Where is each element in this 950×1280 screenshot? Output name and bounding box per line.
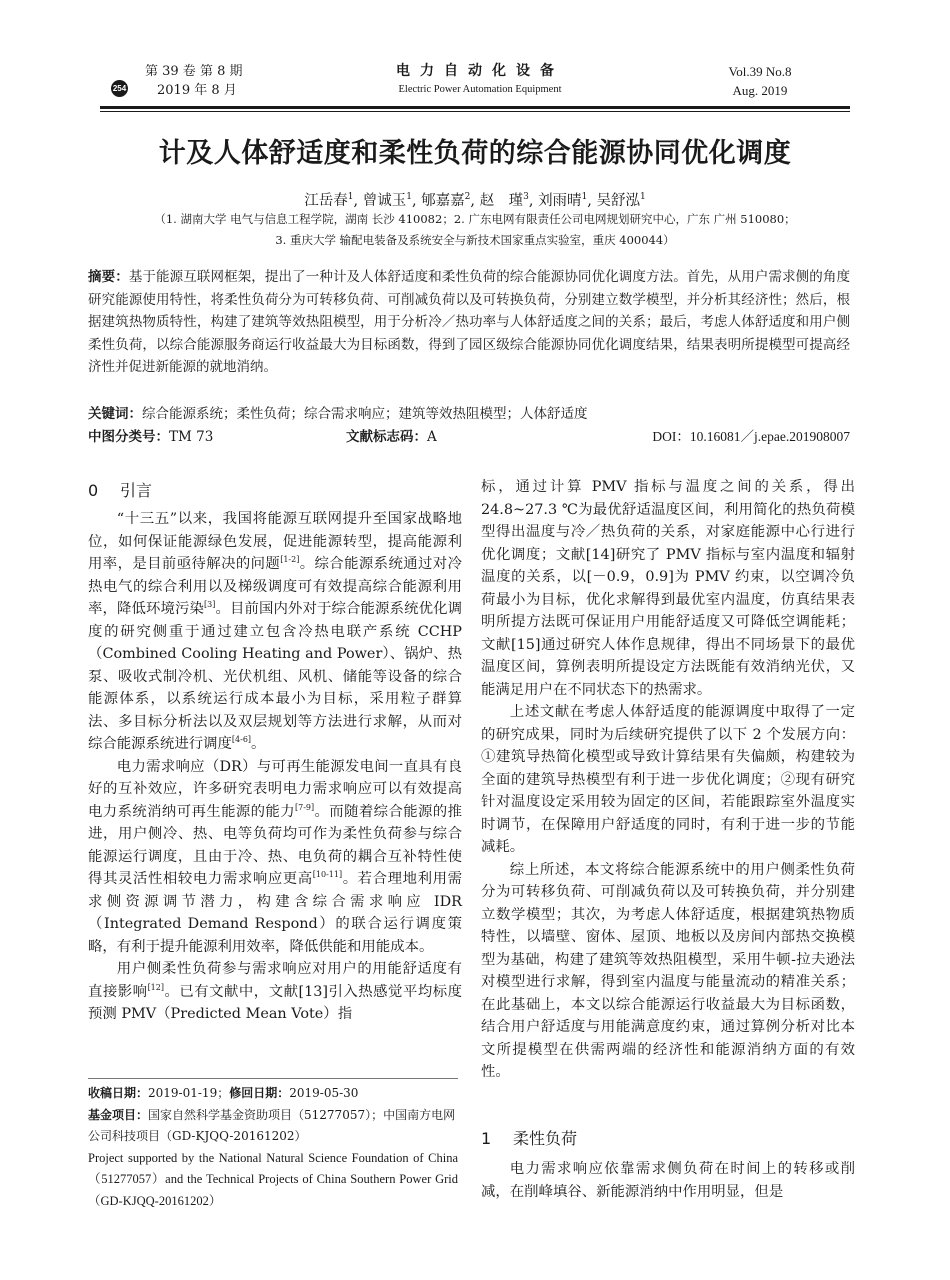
volume-en: Vol.39 No.8 xyxy=(700,62,820,81)
paragraph: 电力需求响应依靠需求侧负荷在时间上的转移或削减，在削峰填谷、新能源消纳中作用明显… xyxy=(481,1158,855,1203)
author-affiliation-mark: 3 xyxy=(523,192,529,202)
issue-info-en: Vol.39 No.8 Aug. 2019 xyxy=(700,62,820,100)
clc-number: 中图分类号：TM 73 xyxy=(88,426,213,448)
classification-line: 中图分类号：TM 73 文献标志码：A DOI：10.16081／j.epae.… xyxy=(88,426,850,448)
section-heading-flexible-load: 1柔性负荷 xyxy=(481,1124,855,1154)
page-number-badge: 254 xyxy=(111,80,128,97)
citation[interactable]: [1-2] xyxy=(280,555,299,564)
keywords-label: 关键词： xyxy=(88,406,142,422)
section-heading-intro: 0引言 xyxy=(88,476,462,506)
citation[interactable]: [10-11] xyxy=(313,870,342,879)
journal-name-cn: 电力自动化设备 xyxy=(330,60,630,82)
author-affiliation-mark: 1 xyxy=(406,192,412,202)
keywords: 关键词：综合能源系统；柔性负荷；综合需求响应；建筑等效热阻模型；人体舒适度 xyxy=(88,403,850,425)
dates-line: 收稿日期：2019-01-19；修回日期：2019-05-30 xyxy=(88,1083,458,1105)
body-column-right: 标，通过计算 PMV 指标与温度之间的关系，得出 24.8~27.3 ℃为最优舒… xyxy=(481,476,855,1084)
paragraph: 综上所述，本文将综合能源系统中的用户侧柔性负荷分为可转移负荷、可削减负荷以及可转… xyxy=(481,859,855,1084)
section-title: 柔性负荷 xyxy=(513,1129,577,1148)
paragraph: 上述文献在考虑人体舒适度的能源调度中取得了一定的研究成果，同时为后续研究提供了以… xyxy=(481,701,855,859)
issue-info-cn: 第 39 卷 第 8 期 2019 年 8 月 xyxy=(145,62,285,100)
author: 刘雨晴 xyxy=(538,193,582,209)
section-title: 引言 xyxy=(120,481,152,500)
author: 江岳春 xyxy=(304,193,348,209)
footnote-divider xyxy=(88,1078,458,1079)
author-list: 江岳春1, 曾诚玉1, 郇嘉嘉2, 赵 瑾3, 刘雨晴1, 吴舒泓1 xyxy=(100,186,850,212)
date-cn: 2019 年 8 月 xyxy=(145,81,285,100)
author: 赵 瑾 xyxy=(480,193,524,209)
author: 吴舒泓 xyxy=(597,193,641,209)
journal-name: 电力自动化设备 Electric Power Automation Equipm… xyxy=(330,60,630,98)
header-rule-thin xyxy=(100,111,850,112)
volume-cn: 第 39 卷 第 8 期 xyxy=(145,62,285,81)
section-flexible-load-body: 电力需求响应依靠需求侧负荷在时间上的转移或削减，在削峰填谷、新能源消纳中作用明显… xyxy=(481,1158,855,1203)
paragraph-continued: 标，通过计算 PMV 指标与温度之间的关系，得出 24.8~27.3 ℃为最优舒… xyxy=(481,476,855,701)
citation[interactable]: [4-6] xyxy=(232,735,251,744)
paragraph: “十三五”以来，我国将能源互联网提升至国家战略地位，如何保证能源绿色发展，促进能… xyxy=(88,508,462,756)
article-title: 计及人体舒适度和柔性负荷的综合能源协同优化调度 xyxy=(100,132,850,176)
author-affiliation-mark: 1 xyxy=(582,192,588,202)
header-rule-thick xyxy=(100,106,850,109)
citation[interactable]: [12] xyxy=(148,983,164,992)
document-code: 文献标志码：A xyxy=(346,426,437,448)
author-affiliation-mark: 1 xyxy=(640,192,646,202)
paragraph: 电力需求响应（DR）与可再生能源发电间一直具有良好的互补效应，许多研究表明电力需… xyxy=(88,756,462,959)
section-number: 1 xyxy=(481,1124,513,1154)
date-en: Aug. 2019 xyxy=(700,81,820,100)
author-affiliation-mark: 1 xyxy=(348,192,354,202)
author: 曾诚玉 xyxy=(363,193,407,209)
author: 郇嘉嘉 xyxy=(421,193,465,209)
abstract-text: 基于能源互联网框架，提出了一种计及人体舒适度和柔性负荷的综合能源协同优化调度方法… xyxy=(88,269,850,375)
journal-name-en: Electric Power Automation Equipment xyxy=(330,82,630,98)
body-column-left: 0引言 “十三五”以来，我国将能源互联网提升至国家战略地位，如何保证能源绿色发展… xyxy=(88,476,462,1026)
funding-en: Project supported by the National Natura… xyxy=(88,1148,458,1213)
section-number: 0 xyxy=(88,476,120,506)
author-affiliation-mark: 2 xyxy=(465,192,471,202)
affiliation-line: 3. 重庆大学 输配电装备及系统安全与新技术国家重点实验室，重庆 400044） xyxy=(90,230,860,251)
affiliations: （1. 湖南大学 电气与信息工程学院，湖南 长沙 410082；2. 广东电网有… xyxy=(90,209,860,251)
abstract-label: 摘要： xyxy=(88,269,129,285)
keywords-text: 综合能源系统；柔性负荷；综合需求响应；建筑等效热阻模型；人体舒适度 xyxy=(142,406,588,422)
citation[interactable]: [3] xyxy=(204,600,215,609)
abstract: 摘要：基于能源互联网框架，提出了一种计及人体舒适度和柔性负荷的综合能源协同优化调… xyxy=(88,266,850,379)
footnote: 收稿日期：2019-01-19；修回日期：2019-05-30 基金项目：国家自… xyxy=(88,1083,458,1212)
citation[interactable]: [7-9] xyxy=(295,803,314,812)
affiliation-line: （1. 湖南大学 电气与信息工程学院，湖南 长沙 410082；2. 广东电网有… xyxy=(90,209,860,230)
doi[interactable]: DOI：10.16081／j.epae.201908007 xyxy=(652,426,850,448)
funding-cn: 基金项目：国家自然科学基金资助项目（51277057）；中国南方电网公司科技项目… xyxy=(88,1105,458,1148)
paragraph: 用户侧柔性负荷参与需求响应对用户的用能舒适度有直接影响[12]。已有文献中，文献… xyxy=(88,958,462,1026)
section-flexible-load: 1柔性负荷 xyxy=(481,1124,855,1156)
